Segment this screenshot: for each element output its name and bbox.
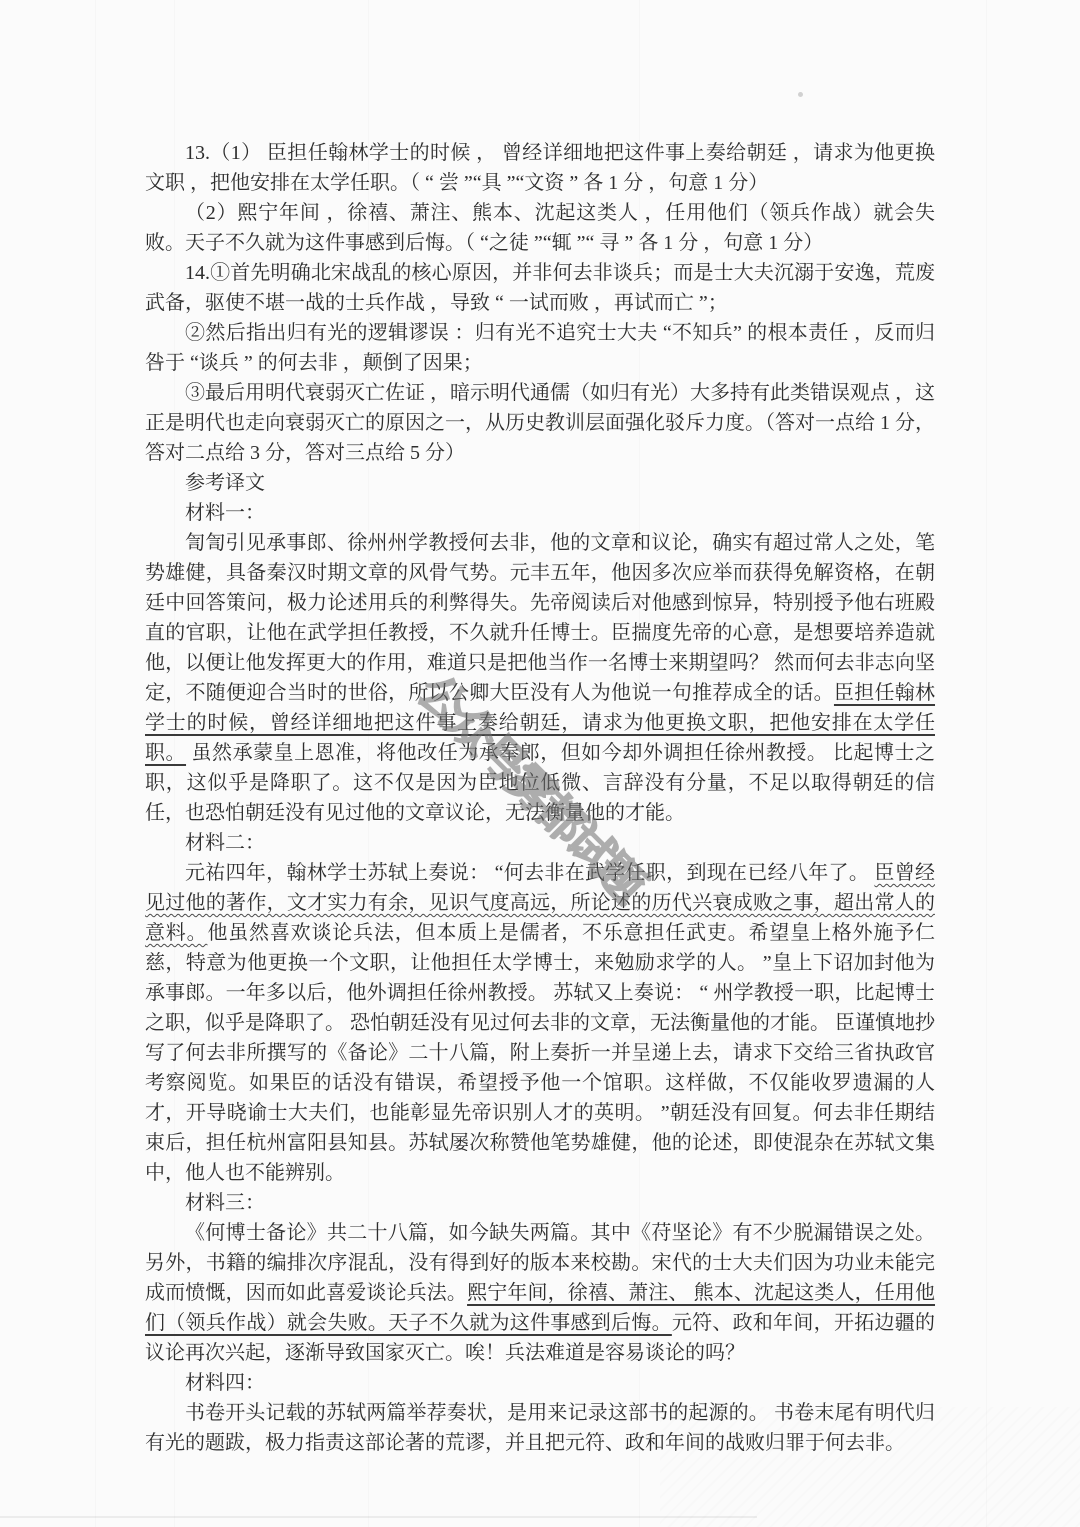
paper-corner-texture <box>660 1407 1080 1527</box>
material4-label: 材料四： <box>145 1368 935 1398</box>
material1-label: 材料一： <box>145 498 935 528</box>
answer-14-point1: 14.①首先明确北宋战乱的核心原因，并非何去非谈兵；而是士大夫沉溺于安逸，荒废武… <box>145 258 935 318</box>
material1-text-before: 訇訇引见承事郎、徐州州学教授何去非，他的文章和议论，确实有超过常人之处，笔势雄健… <box>145 532 935 704</box>
answer-13-part1: 13.（1） 臣担任翰林学士的时候 ， 曾经详细地把这件事上奏给朝廷 ，请求为他… <box>145 138 935 198</box>
scan-speck <box>798 92 803 97</box>
material3-paragraph: 《何博士备论》共二十八篇，如今缺失两篇。其中《苻坚论》有不少脱漏错误之处。 另外… <box>145 1218 935 1368</box>
scan-bottom-edge <box>0 1516 757 1518</box>
material1-paragraph: 訇訇引见承事郎、徐州州学教授何去非，他的文章和议论，确实有超过常人之处，笔势雄健… <box>145 528 935 828</box>
material2-label: 材料二： <box>145 828 935 858</box>
material1-text-after: 虽然承蒙皇上恩准，将他改任为承奉郎，但如今却外调担任徐州教授。 比起博士之职，这… <box>145 742 935 824</box>
translation-heading: 参考译文 <box>145 468 935 498</box>
material3-label: 材料三： <box>145 1188 935 1218</box>
material2-paragraph: 元祐四年，翰林学士苏轼上奏说： “何去非在武学任职，到现在已经八年了。 臣曾经见… <box>145 858 935 1188</box>
answer-13-part2: （2）熙宁年间 ，徐禧、萧注、熊本、沈起这类人 ，任用他们（领兵作战）就会失败。… <box>145 198 935 258</box>
answer-14-point2: ②然后指出归有光的逻辑谬误 ：归有光不追究士大夫 “不知兵” 的根本责任 ，反而… <box>145 318 935 378</box>
material2-text-before: 元祐四年，翰林学士苏轼上奏说： “何去非在武学任职，到现在已经八年了。 <box>185 862 874 884</box>
scan-artifact-band <box>986 0 987 1527</box>
document-body: 13.（1） 臣担任翰林学士的时候 ， 曾经详细地把这件事上奏给朝廷 ，请求为他… <box>145 138 935 1458</box>
scan-artifact-band <box>95 0 96 1527</box>
answer-14-point3: ③最后用明代衰弱灭亡佐证 ，暗示明代通儒（如归有光）大多持有此类错误观点 ，这正… <box>145 378 935 468</box>
material2-text-after: 他虽然喜欢谈论兵法，但本质上是儒者，不乐意担任武吏。希望皇上格外施予仁慈，特意为… <box>145 922 935 1184</box>
scanned-answer-page: 13.（1） 臣担任翰林学士的时候 ， 曾经详细地把这件事上奏给朝廷 ，请求为他… <box>0 0 1080 1527</box>
